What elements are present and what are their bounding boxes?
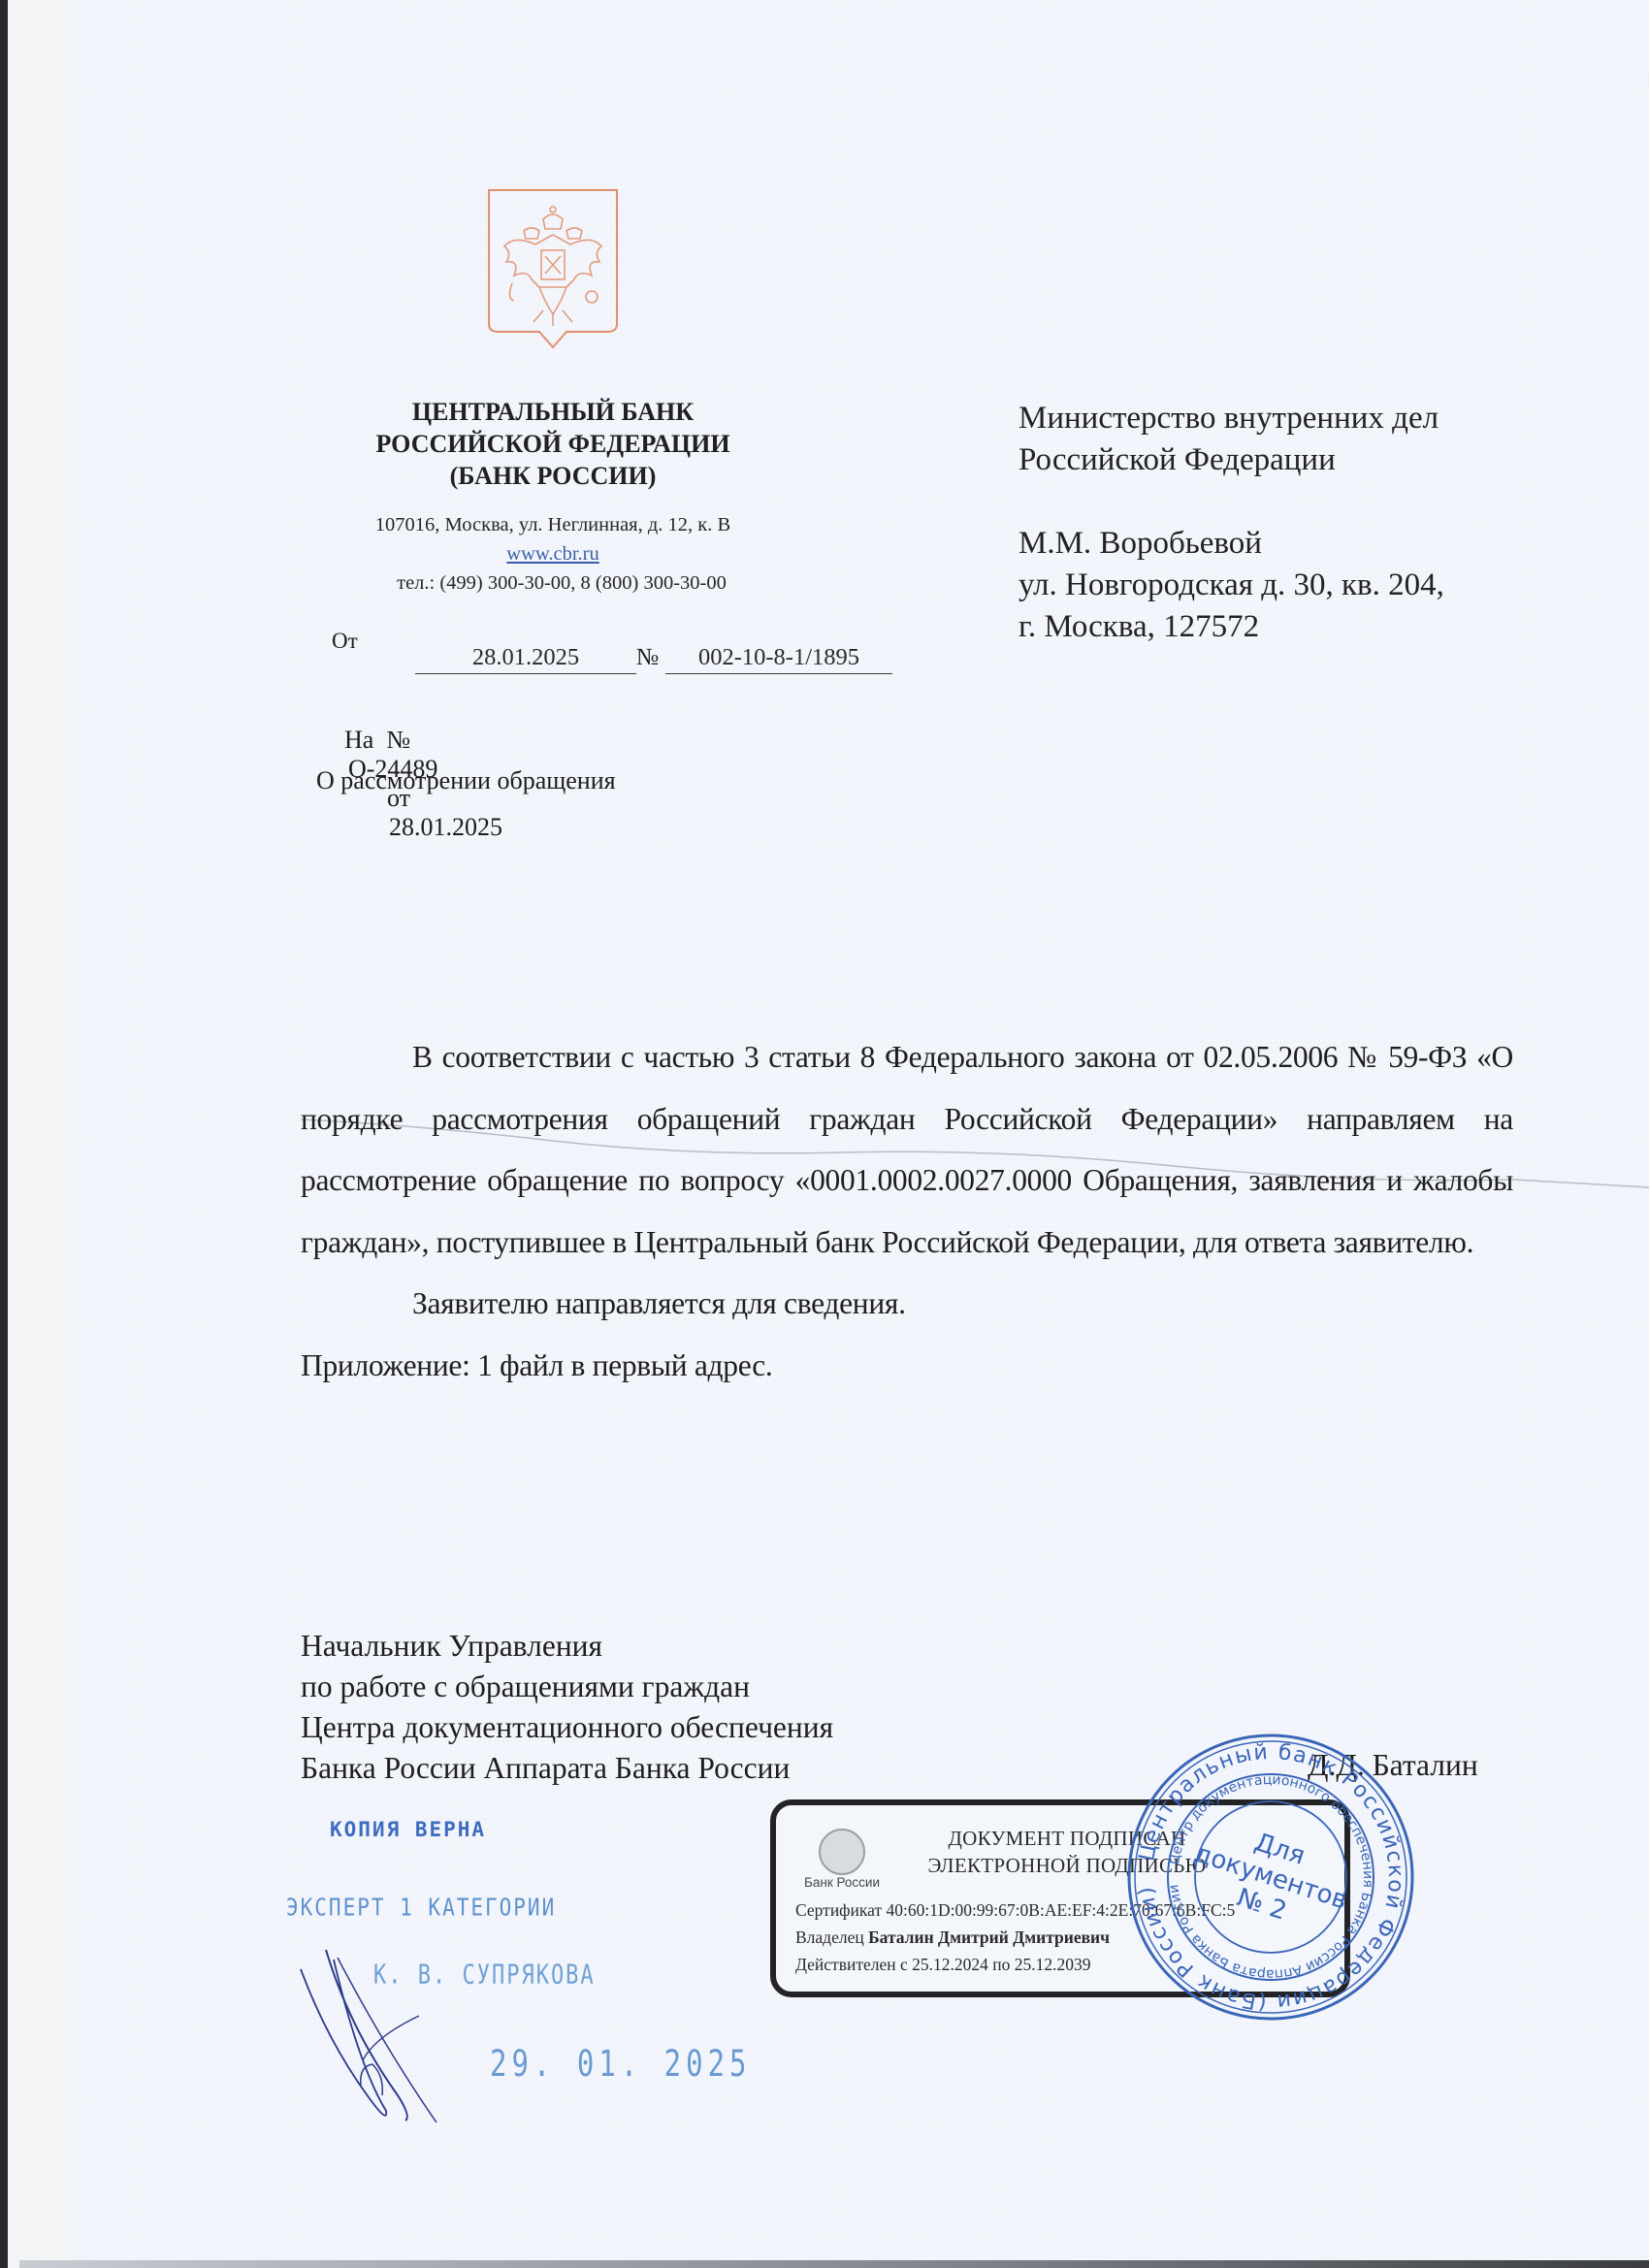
addressee-org-line: Министерство внутренних дел: [1018, 398, 1444, 439]
valid-from: 25.12.2024: [912, 1955, 988, 1974]
outgoing-number: 002-10-8-1/1895: [665, 644, 892, 674]
owner-line: Владелец Баталин Дмитрий Дмитриевич: [795, 1928, 1110, 1948]
stamp-position: ЭКСПЕРТ 1 КАТЕГОРИИ: [286, 1894, 556, 1922]
organization-name: ЦЕНТРАЛЬНЫЙ БАНК РОССИЙСКОЙ ФЕДЕРАЦИИ (Б…: [310, 396, 795, 492]
handwritten-page-number: [1639, 19, 1649, 97]
valid-from-label: с: [900, 1955, 908, 1974]
handwritten-signature: [291, 1940, 446, 2124]
org-address: 107016, Москва, ул. Неглинная, д. 12, к.…: [310, 510, 795, 539]
website-link[interactable]: www.cbr.ru: [506, 543, 598, 565]
russian-coat-of-arms-icon: [485, 186, 621, 351]
owner-value: Баталин Дмитрий Дмитриевич: [868, 1928, 1110, 1947]
letter-body: В соответствии с частью 3 статьи 8 Федер…: [301, 1026, 1513, 1396]
certificate-label: Сертификат: [795, 1900, 882, 1920]
body-paragraph: В соответствии с частью 3 статьи 8 Федер…: [301, 1026, 1513, 1273]
reply-prefix: На №: [344, 726, 410, 755]
page-bottom-edge: [19, 2260, 1649, 2268]
attachment-note: Приложение: 1 файл в первый адрес.: [301, 1335, 1513, 1397]
scanner-edge: [8, 0, 68, 2268]
validity-line: Действителен с 25.12.2024 по 25.12.2039: [795, 1955, 1091, 1975]
org-name-line: (БАНК РОССИИ): [310, 460, 795, 492]
signatory-title-line: Центра документационного обеспечения: [301, 1707, 833, 1748]
logo-label: Банк России: [795, 1875, 889, 1890]
addressee-city: г. Москва, 127572: [1018, 606, 1444, 648]
reply-date: 28.01.2025: [389, 813, 502, 842]
org-name-line: ЦЕНТРАЛЬНЫЙ БАНК: [310, 396, 795, 428]
addressee-street: ул. Новгородская д. 30, кв. 204,: [1018, 565, 1444, 606]
addressee-org-line: Российской Федерации: [1018, 439, 1444, 481]
addressee-person: М.М. Воробьевой: [1018, 523, 1444, 565]
from-label: От: [332, 629, 358, 654]
signatory-title-line: по работе с обращениями граждан: [301, 1667, 833, 1707]
addressee-block: Министерство внутренних дел Российской Ф…: [1018, 398, 1444, 648]
valid-to-label: по: [992, 1955, 1010, 1974]
number-sign: №: [636, 644, 659, 671]
owner-label: Владелец: [795, 1928, 864, 1947]
org-name-line: РОССИЙСКОЙ ФЕДЕРАЦИИ: [310, 428, 795, 460]
body-paragraph: Заявителю направляется для сведения.: [301, 1273, 1513, 1335]
stamp-date: 29. 01. 2025: [490, 2042, 752, 2085]
letter-subject: О рассмотрении обращения: [316, 766, 616, 795]
official-round-seal: Центральный банк Российской Федерации (Б…: [1125, 1732, 1416, 2023]
outgoing-date: 28.01.2025: [415, 644, 636, 674]
bank-of-russia-logo-icon: [819, 1829, 865, 1875]
signatory-title-line: Банка России Аппарата Банка России: [301, 1748, 833, 1789]
org-phone: тел.: (499) 300-30-00, 8 (800) 300-30-00: [310, 568, 795, 598]
signatory-title: Начальник Управления по работе с обращен…: [301, 1626, 833, 1789]
valid-label: Действителен: [795, 1955, 896, 1974]
valid-to: 25.12.2039: [1015, 1955, 1091, 1974]
organization-contacts: 107016, Москва, ул. Неглинная, д. 12, к.…: [310, 510, 795, 598]
signatory-title-line: Начальник Управления: [301, 1626, 833, 1667]
copy-certified-stamp: КОПИЯ ВЕРНА: [330, 1818, 486, 1841]
